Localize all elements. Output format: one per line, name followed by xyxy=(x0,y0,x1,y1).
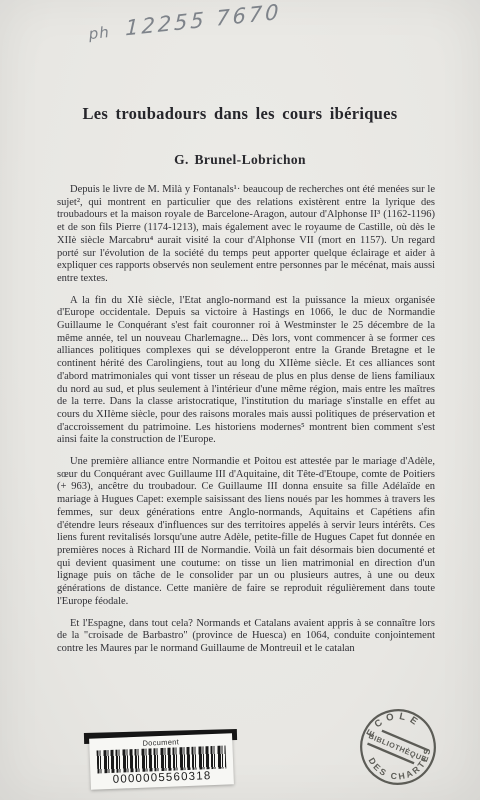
paragraph-2: A la fin du XIè siècle, l'Etat anglo-nor… xyxy=(57,295,435,447)
scanned-page: ph12255 7670 Les troubadours dans les co… xyxy=(0,0,480,800)
article-body: Depuis le livre de M. Milà y Fontanals¹·… xyxy=(57,184,435,665)
handwritten-prefix: ph xyxy=(88,23,111,43)
article-author: G. Brunel-Lobrichon xyxy=(0,152,480,168)
barcode-label: Document 0000005560318 xyxy=(89,733,234,789)
paragraph-4: Et l'Espagne, dans tout cela? Normands e… xyxy=(57,618,435,656)
article-title: Les troubadours dans les cours ibériques xyxy=(0,104,480,124)
paragraph-3: Une première alliance entre Normandie et… xyxy=(57,456,435,608)
handwritten-number: 12255 7670 xyxy=(125,0,282,40)
library-stamp-icon: ECOLE DES CHARTES BIBLIOTHÈQUE xyxy=(343,692,452,800)
handwritten-shelfmark: ph12255 7670 xyxy=(87,0,282,44)
paragraph-1: Depuis le livre de M. Milà y Fontanals¹·… xyxy=(57,184,435,286)
